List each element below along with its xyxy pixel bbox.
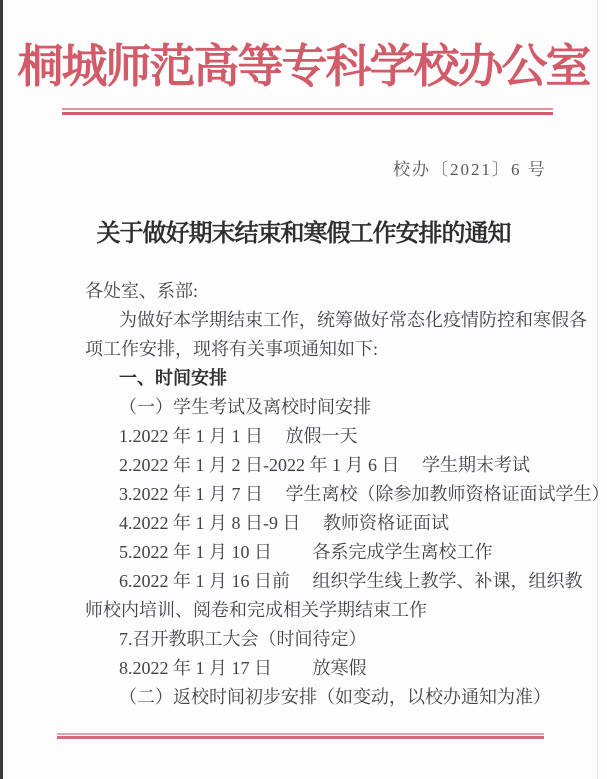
letterhead-divider-line: [62, 108, 553, 115]
body-line: 师校内培训、阅卷和完成相关学期结束工作: [85, 596, 557, 625]
body-line: （二）返校时间初步安排（如变动，以校办通知为准）: [85, 683, 557, 712]
body-line: 各处室、系部:: [85, 277, 557, 306]
body-line: 为做好本学期结束工作，统筹做好常态化疫情防控和寒假各: [85, 306, 557, 335]
scan-edge-artifact-right: [597, 0, 598, 779]
body-line: 一、时间安排: [85, 364, 557, 393]
body-line: 5.2022 年 1 月 10 日 各系完成学生离校工作: [85, 538, 557, 567]
body-line: 2.2022 年 1 月 2 日-2022 年 1 月 6 日 学生期末考试: [85, 451, 557, 480]
notice-title: 关于做好期末结束和寒假工作安排的通知: [0, 213, 607, 248]
body-line: 6.2022 年 1 月 16 日前 组织学生线上教学、补课，组织教: [85, 567, 557, 596]
body-line: 项工作安排，现将有关事项通知如下:: [85, 335, 557, 364]
body-line: （一）学生考试及离校时间安排: [85, 393, 557, 422]
scanned-document-page: 桐城师范高等专科学校办公室 校办〔2021〕6 号 关于做好期末结束和寒假工作安…: [0, 0, 607, 779]
document-number: 校办〔2021〕6 号: [393, 155, 547, 180]
body-line: 7.召开教职工大会（时间待定）: [85, 625, 557, 654]
notice-body: 各处室、系部:为做好本学期结束工作，统筹做好常态化疫情防控和寒假各项工作安排，现…: [85, 277, 557, 712]
body-line: 3.2022 年 1 月 7 日 学生离校（除参加教师资格证面试学生）: [85, 480, 557, 509]
body-line: 4.2022 年 1 月 8 日-9 日 教师资格证面试: [85, 509, 557, 538]
body-line: 8.2022 年 1 月 17 日 放寒假: [85, 654, 557, 683]
letterhead-org-title: 桐城师范高等专科学校办公室: [0, 30, 607, 96]
table-top-border-line: [57, 733, 544, 739]
scan-edge-artifact-left: [0, 0, 3, 779]
body-line: 1.2022 年 1 月 1 日 放假一天: [85, 422, 557, 451]
